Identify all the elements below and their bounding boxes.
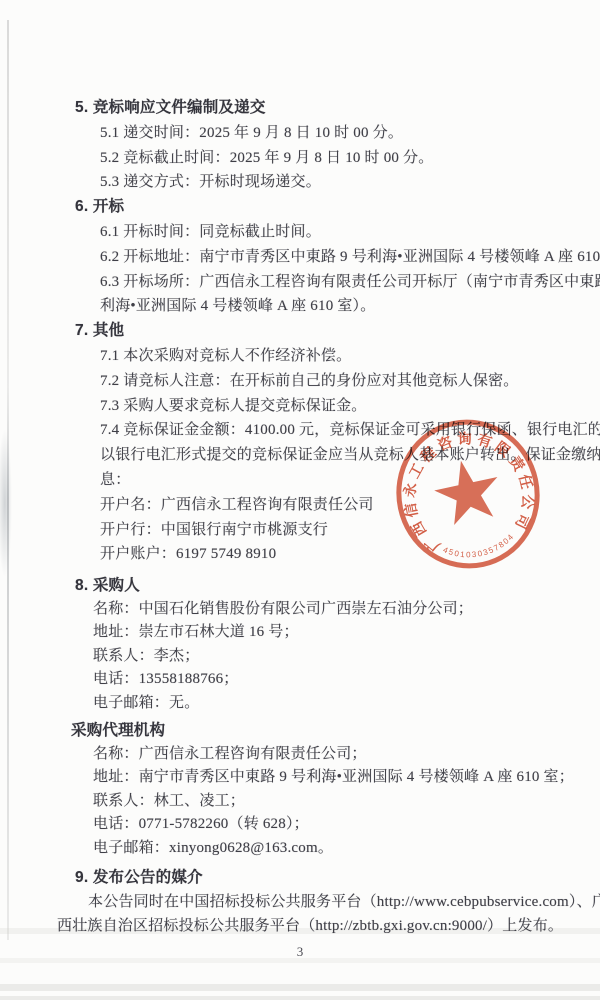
- doc-line: 电话：0771-5782260（转 628）；: [93, 813, 600, 837]
- doc-line: 6.1 开标时间：同竞标截止时间。: [100, 220, 600, 245]
- doc-line: 电话：13558188766；: [93, 668, 600, 692]
- doc-line: 6. 开标: [75, 195, 600, 220]
- doc-line: 5.3 递交方式：开标时现场递交。: [100, 170, 600, 195]
- doc-line: 地址：南宁市青秀区中東路 9 号利海•亚洲国际 4 号楼领峰 A 座 610 室…: [93, 766, 600, 790]
- page-number: 3: [0, 944, 600, 960]
- doc-line: 开户账户：6197 5749 8910: [100, 542, 600, 567]
- doc-line: 7.2 请竞标人注意：在开标前自己的身份应对其他竞标人保密。: [100, 369, 600, 394]
- doc-line: 7.1 本次采购对竞标人不作经济补偿。: [100, 344, 600, 369]
- document-body: 5. 竞标响应文件编制及递交5.1 递交时间：2025 年 9 月 8 日 10…: [0, 0, 600, 939]
- doc-line: 联系人：林工、凌工；: [93, 790, 600, 814]
- doc-line: 西壮族自治区招标投标公共服务平台（http://zbtb.gxi.gov.cn:…: [57, 914, 600, 939]
- doc-line: 以银行电汇形式提交的竞标保证金应当从竞标人基本账户转出。保证金缴纳账户信: [100, 443, 600, 468]
- doc-line: 本公告同时在中国招标投标公共服务平台（http://www.cebpubserv…: [88, 890, 600, 915]
- doc-line: 5.1 递交时间：2025 年 9 月 8 日 10 时 00 分。: [100, 121, 600, 146]
- doc-line: 5. 竞标响应文件编制及递交: [75, 96, 600, 121]
- doc-line: 开户行：中国银行南宁市桃源支行: [100, 518, 600, 543]
- doc-line: 名称：中国石化销售股份有限公司广西崇左石油分公司；: [93, 598, 600, 622]
- doc-line: 采购代理机构: [71, 719, 600, 743]
- doc-line: 6.3 开标场所：广西信永工程咨询有限责任公司开标厅（南宁市青秀区中東路 9 号: [100, 270, 600, 295]
- doc-line: 电子邮箱：无。: [93, 692, 600, 716]
- doc-line: 地址：崇左市石林大道 16 号；: [93, 621, 600, 645]
- doc-line: 名称：广西信永工程咨询有限责任公司；: [93, 743, 600, 767]
- doc-line: 开户名：广西信永工程咨询有限责任公司: [100, 493, 600, 518]
- scan-texture-band: [0, 996, 600, 1000]
- doc-line: 5.2 竞标截止时间：2025 年 9 月 8 日 10 时 00 分。: [100, 146, 600, 171]
- doc-line: 息：: [100, 468, 600, 493]
- doc-line: 7.3 采购人要求竞标人提交竞标保证金。: [100, 394, 600, 419]
- doc-line: 8. 采购人: [75, 574, 600, 598]
- doc-line: 电子邮箱：xinyong0628@163.com。: [93, 837, 600, 861]
- doc-line: 7. 其他: [75, 319, 600, 344]
- doc-line: 利海•亚洲国际 4 号楼领峰 A 座 610 室）。: [100, 294, 600, 319]
- doc-line: 6.2 开标地址：南宁市青秀区中東路 9 号利海•亚洲国际 4 号楼领峰 A 座…: [100, 245, 600, 270]
- doc-line: 联系人：李杰；: [93, 645, 600, 669]
- doc-line: 9. 发布公告的媒介: [75, 866, 600, 890]
- scan-texture-band: [0, 984, 600, 991]
- doc-line: 7.4 竞标保证金金额：4100.00 元，竞标保证金可采用银行保函、银行电汇的…: [100, 418, 600, 443]
